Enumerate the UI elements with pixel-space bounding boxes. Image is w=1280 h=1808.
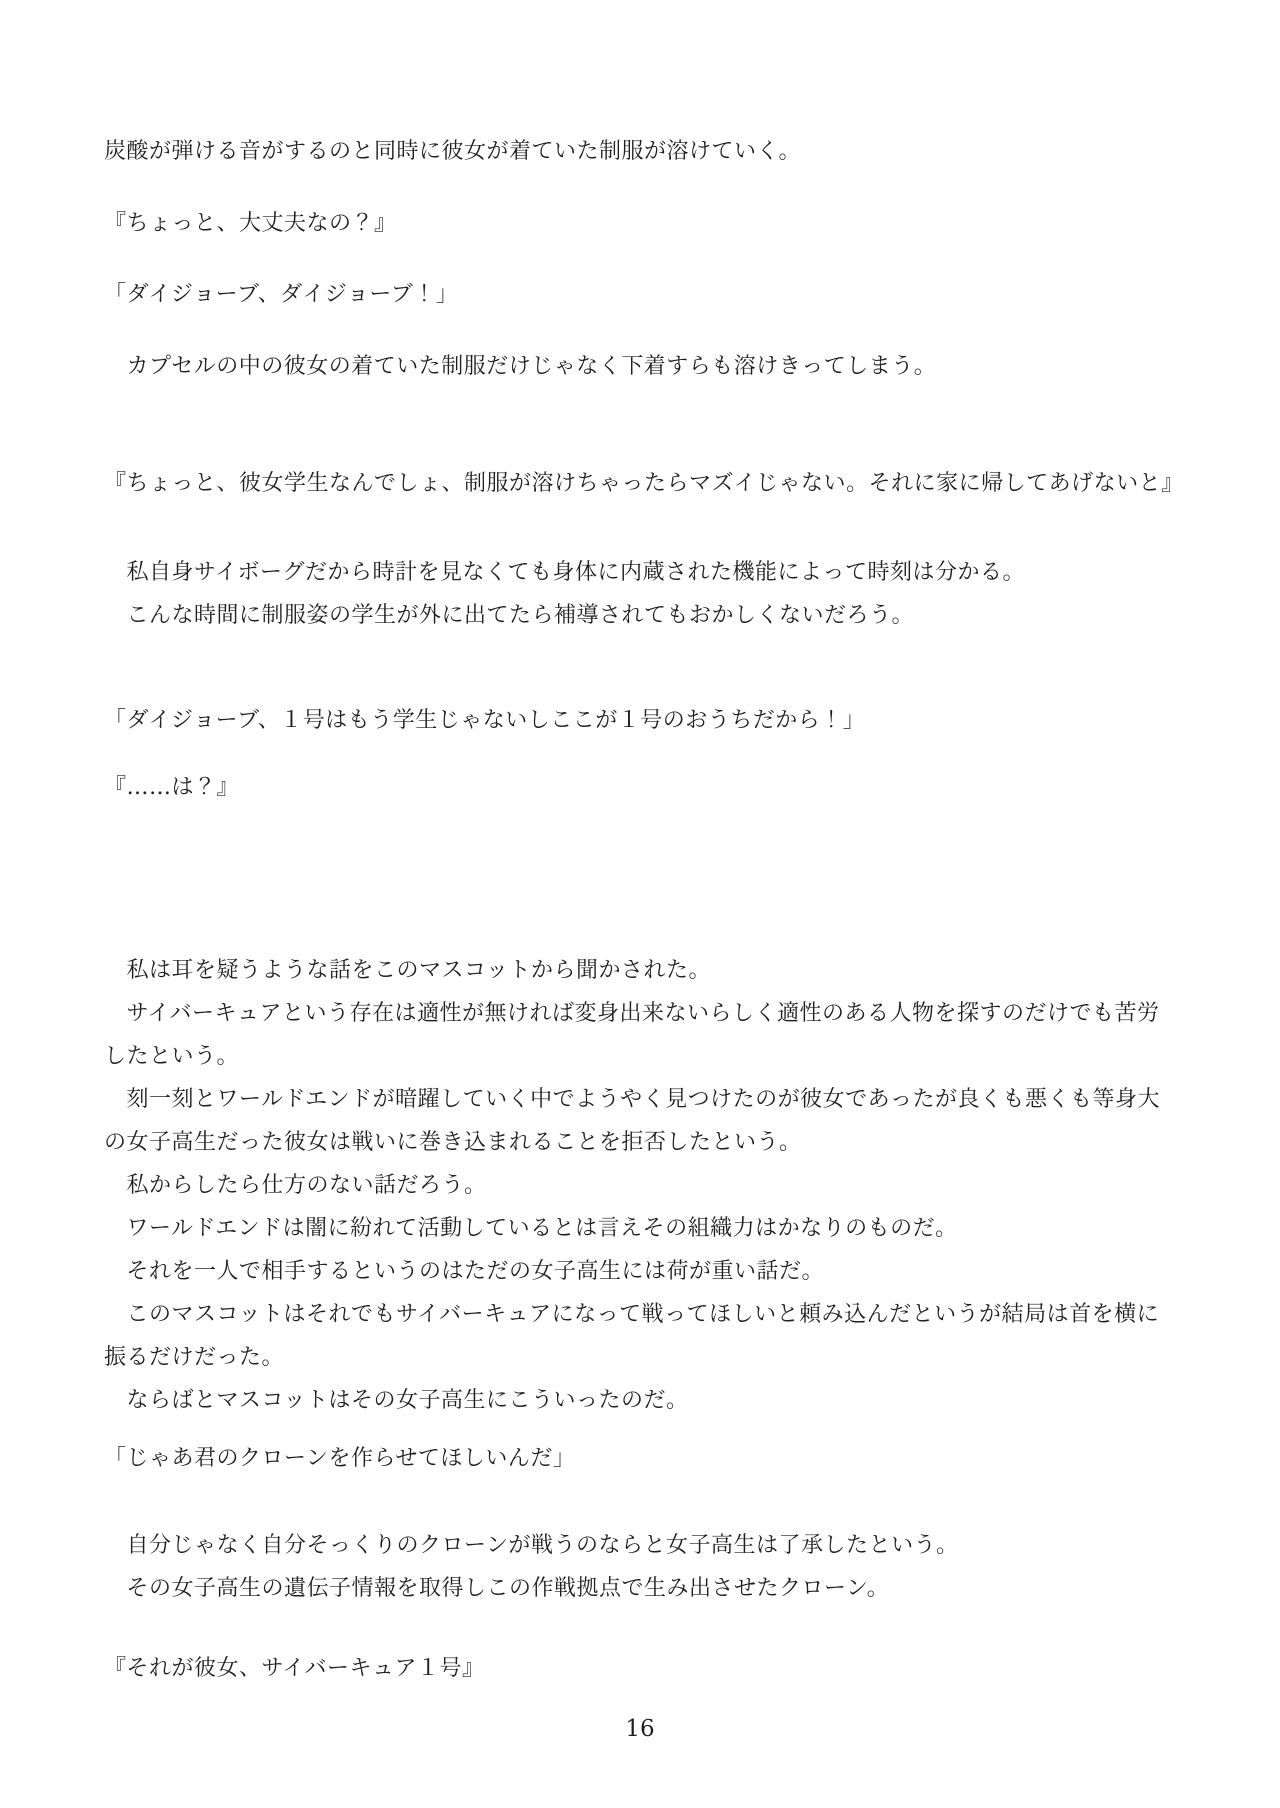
paragraph-block: 自分じゃなく自分そっくりのクローンが戦うのならと女子高生は了承したという。 その… <box>104 1524 1210 1610</box>
text-line: の女子高生だった彼女は戦いに巻き込まれることを拒否したという。 <box>104 1121 1210 1164</box>
text-line: したという。 <box>104 1035 1210 1078</box>
text-line: こんな時間に制服姿の学生が外に出てたら補導されてもおかしくないだろう。 <box>104 594 1210 637</box>
text-line: 『ちょっと、大丈夫なの？』 <box>104 202 1210 245</box>
text-line: 『ちょっと、彼女学生なんでしょ、制服が溶けちゃったらマズイじゃない。それに家に帰… <box>104 462 1210 505</box>
text-line: その女子高生の遺伝子情報を取得しこの作戦拠点で生み出させたクローン。 <box>104 1567 1210 1610</box>
text-line: 私自身サイボーグだから時計を見なくても身体に内蔵された機能によって時刻は分かる。 <box>104 551 1210 594</box>
paragraph-block: 私自身サイボーグだから時計を見なくても身体に内蔵された機能によって時刻は分かる。… <box>104 551 1210 637</box>
novel-text: 炭酸が弾ける音がするのと同時に彼女が着ていた制服が溶けていく。『ちょっと、大丈夫… <box>0 0 1280 1690</box>
text-line: 「じゃあ君のクローンを作らせてほしいんだ」 <box>104 1437 1210 1480</box>
paragraph-block: 私は耳を疑うような話をこのマスコットから聞かされた。 サイバーキュアという存在は… <box>104 949 1210 1422</box>
document-page: 炭酸が弾ける音がするのと同時に彼女が着ていた制服が溶けていく。『ちょっと、大丈夫… <box>0 0 1280 1808</box>
text-line: 私からしたら仕方のない話だろう。 <box>104 1164 1210 1207</box>
paragraph-block: カプセルの中の彼女の着ていた制服だけじゃなく下着すらも溶けきってしまう。 <box>104 345 1210 388</box>
text-line: 『……は？』 <box>104 766 1210 809</box>
text-line: サイバーキュアという存在は適性が無ければ変身出来ないらしく適性のある人物を探すの… <box>104 992 1210 1035</box>
text-line: 自分じゃなく自分そっくりのクローンが戦うのならと女子高生は了承したという。 <box>104 1524 1210 1567</box>
paragraph-block: 『……は？』 <box>104 766 1210 809</box>
paragraph-block: 「じゃあ君のクローンを作らせてほしいんだ」 <box>104 1437 1210 1480</box>
text-line: 「ダイジョーブ、１号はもう学生じゃないしここが１号のおうちだから！」 <box>104 699 1210 742</box>
text-line: それを一人で相手するというのはただの女子高生には荷が重い話だ。 <box>104 1250 1210 1293</box>
paragraph-block: 炭酸が弾ける音がするのと同時に彼女が着ていた制服が溶けていく。 <box>104 130 1210 173</box>
paragraph-block: 『それが彼女、サイバーキュア１号』 <box>104 1647 1210 1690</box>
text-line: 私は耳を疑うような話をこのマスコットから聞かされた。 <box>104 949 1210 992</box>
paragraph-block: 「ダイジョーブ、ダイジョーブ！」 <box>104 273 1210 316</box>
text-line: ならばとマスコットはその女子高生にこういったのだ。 <box>104 1379 1210 1422</box>
text-line: 炭酸が弾ける音がするのと同時に彼女が着ていた制服が溶けていく。 <box>104 130 1210 173</box>
text-line: 振るだけだった。 <box>104 1336 1210 1379</box>
page-number: 16 <box>0 1708 1280 1751</box>
text-line: 「ダイジョーブ、ダイジョーブ！」 <box>104 273 1210 316</box>
paragraph-block: 「ダイジョーブ、１号はもう学生じゃないしここが１号のおうちだから！」 <box>104 699 1210 742</box>
paragraph-block: 『ちょっと、彼女学生なんでしょ、制服が溶けちゃったらマズイじゃない。それに家に帰… <box>104 462 1210 505</box>
text-line: ワールドエンドは闇に紛れて活動しているとは言えその組織力はかなりのものだ。 <box>104 1207 1210 1250</box>
text-line: このマスコットはそれでもサイバーキュアになって戦ってほしいと頼み込んだというが結… <box>104 1293 1210 1336</box>
text-line: 『それが彼女、サイバーキュア１号』 <box>104 1647 1210 1690</box>
paragraph-block: 『ちょっと、大丈夫なの？』 <box>104 202 1210 245</box>
text-line: カプセルの中の彼女の着ていた制服だけじゃなく下着すらも溶けきってしまう。 <box>104 345 1210 388</box>
text-line: 刻一刻とワールドエンドが暗躍していく中でようやく見つけたのが彼女であったが良くも… <box>104 1078 1210 1121</box>
